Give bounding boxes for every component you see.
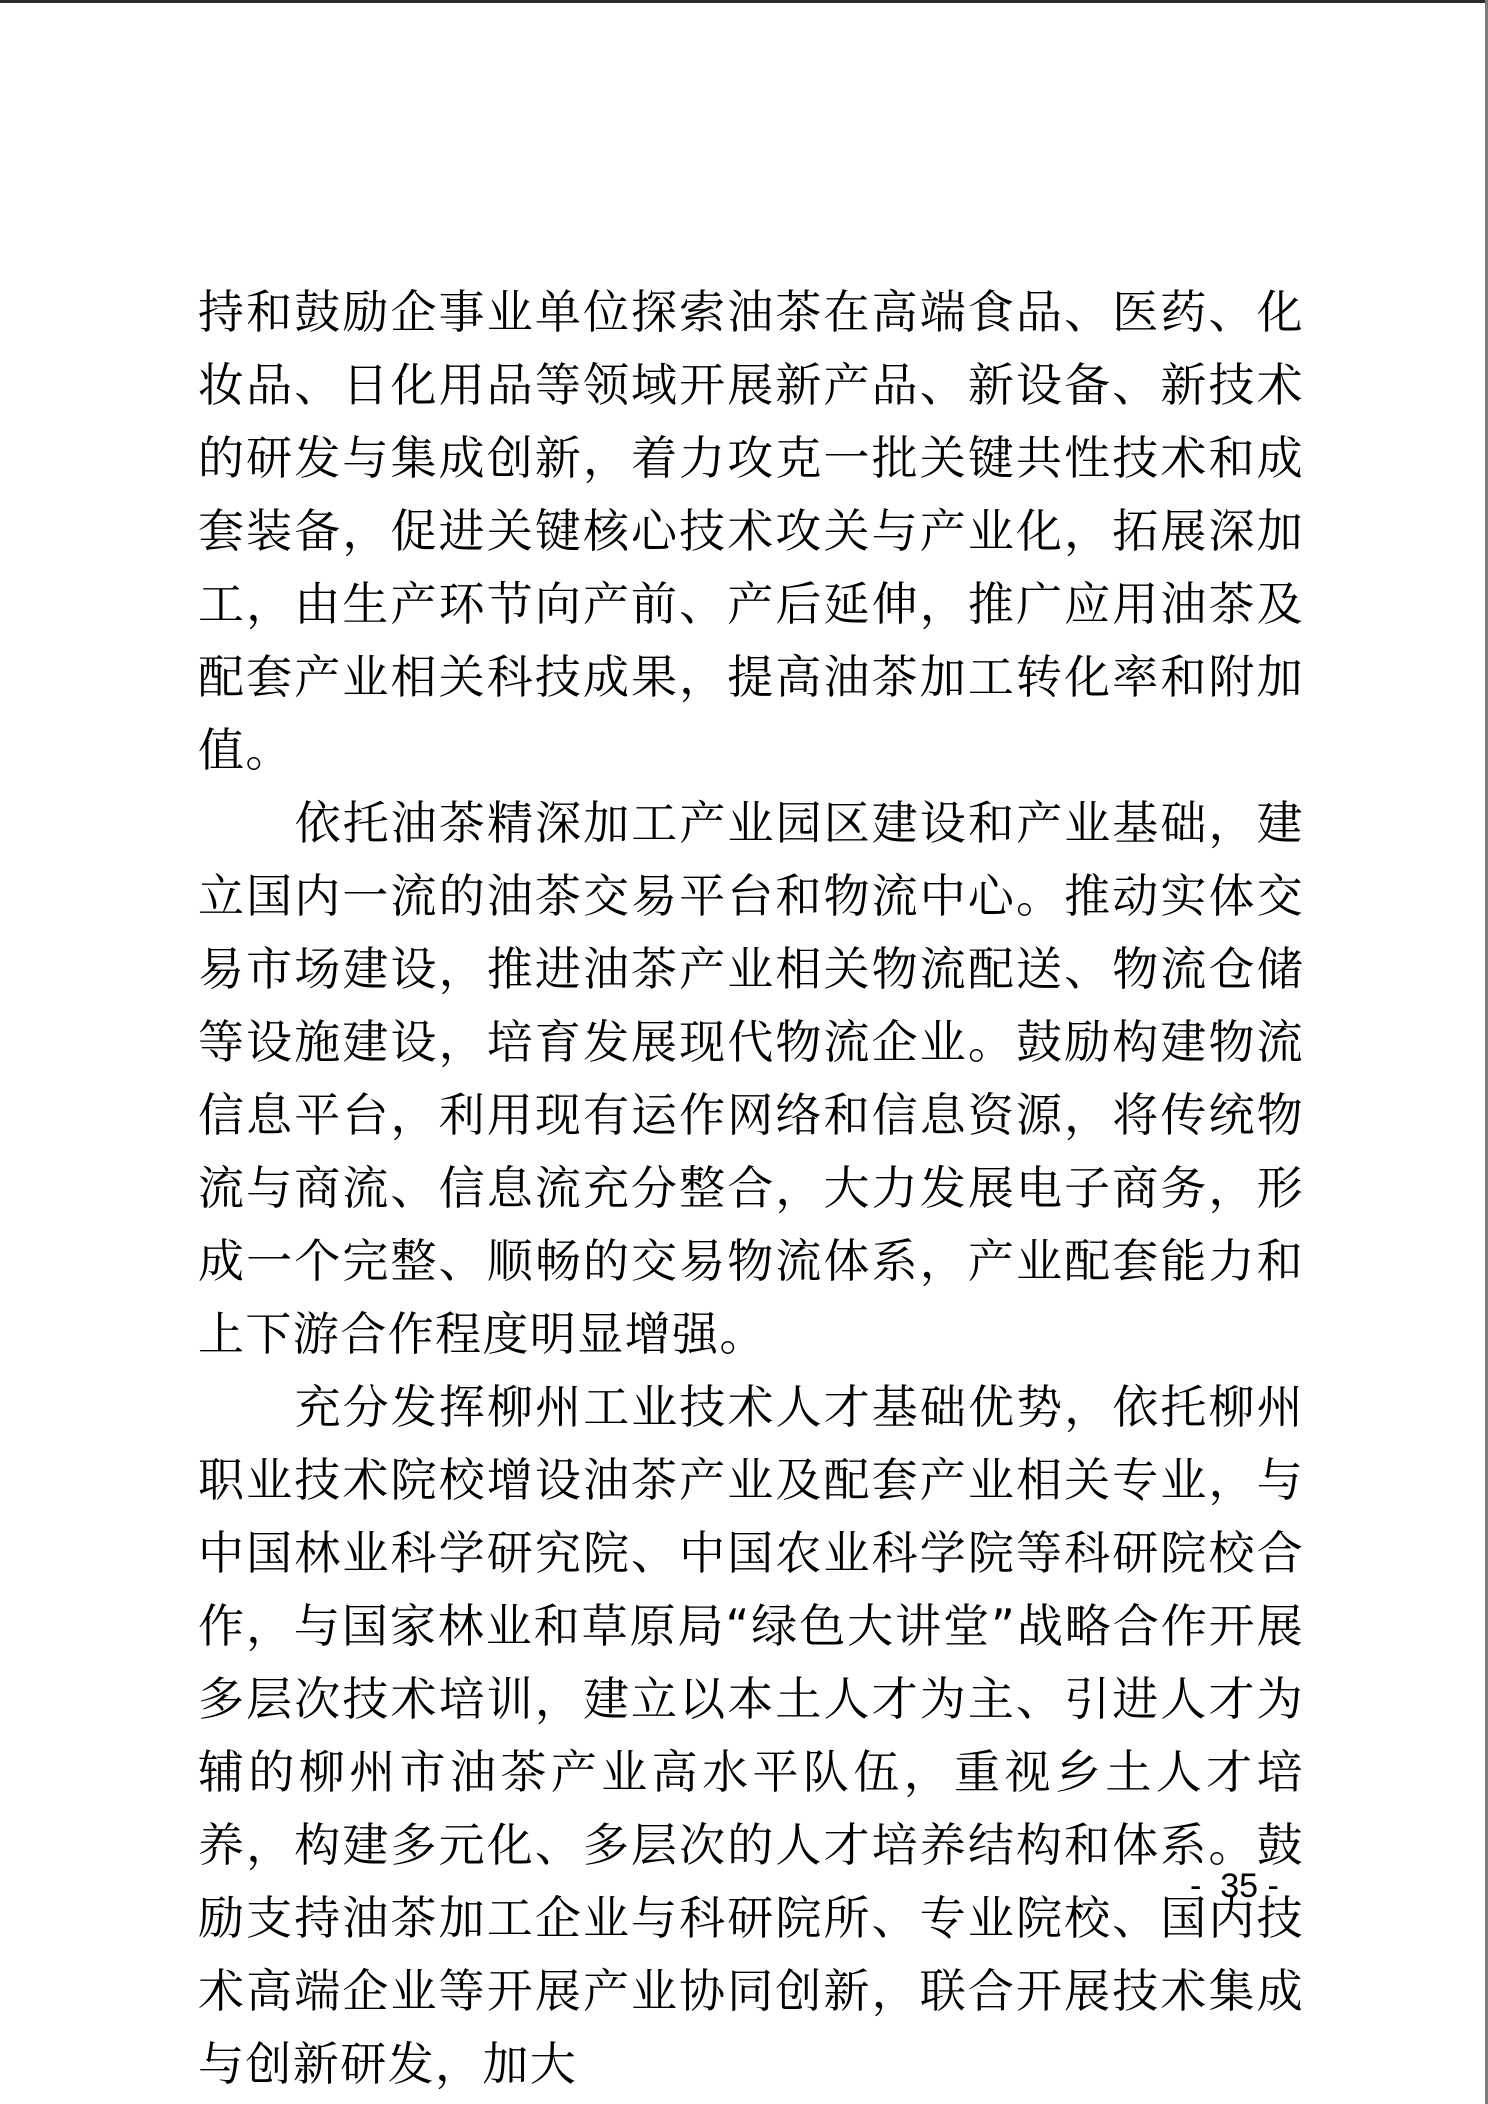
- top-border-line: [0, 0, 1488, 3]
- paragraph-1: 持和鼓励企事业单位探索油茶在高端食品、医药、化妆品、日化用品等领域开展新产品、新…: [198, 276, 1304, 787]
- document-body: 持和鼓励企事业单位探索油茶在高端食品、医药、化妆品、日化用品等领域开展新产品、新…: [198, 276, 1304, 2101]
- paragraph-3: 充分发挥柳州工业技术人才基础优势，依托柳州职业技术院校增设油茶产业及配套产业相关…: [198, 1371, 1304, 2101]
- page-number: - 35 -: [1190, 1866, 1279, 1906]
- paragraph-2: 依托油茶精深加工产业园区建设和产业基础，建立国内一流的油茶交易平台和物流中心。推…: [198, 787, 1304, 1371]
